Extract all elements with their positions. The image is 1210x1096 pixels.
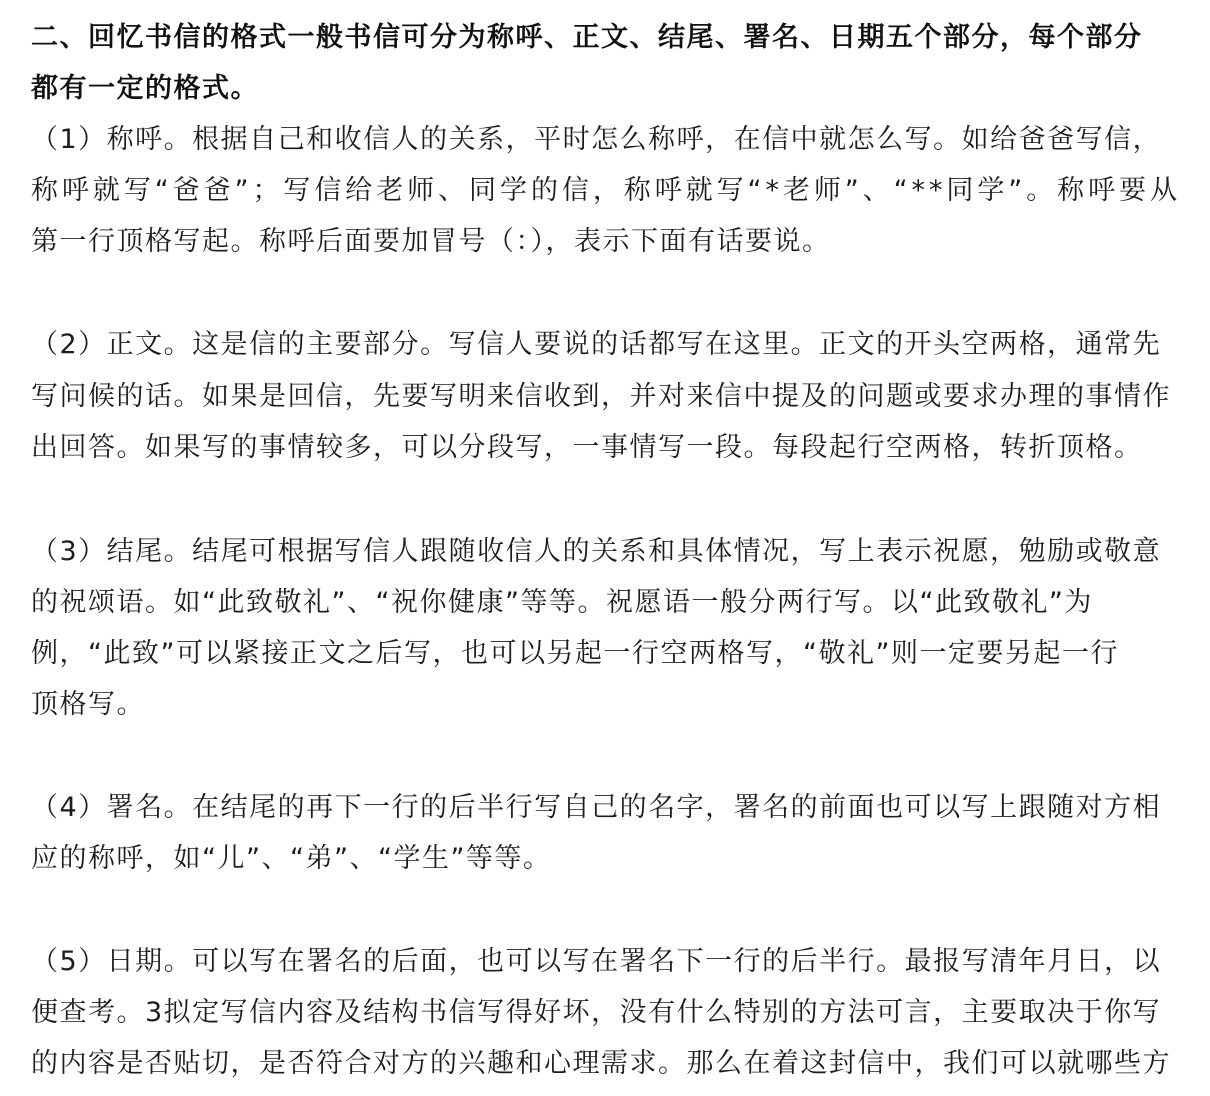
closing-line-4: 顶格写。 [31, 688, 145, 722]
closing-line-2: 的祝颂语。如“此致敬礼”、“祝你健康”等等。祝愿语一般分两行写。以“此致敬礼”为 [31, 586, 1093, 620]
salutation-line-1: （1）称呼。根据自己和收信人的关系，平时怎么称呼，在信中就怎么写。如给爸爸写信， [31, 123, 1161, 157]
salutation-line-3: 第一行顶格写起。称呼后面要加冒号（：），表示下面有话要说。 [31, 225, 831, 259]
closing-line-1: （3）结尾。结尾可根据写信人跟随收信人的关系和具体情况，写上表示祝愿，勉励或敬意 [31, 535, 1161, 569]
date-line-1: （5）日期。可以写在署名的后面，也可以写在署名下一行的后半行。最报写清年月日，以 [31, 945, 1161, 979]
body-line-1: （2）正文。这是信的主要部分。写信人要说的话都写在这里。正文的开头空两格，通常先 [31, 328, 1161, 362]
document-page: 二、回忆书信的格式一般书信可分为称呼、正文、结尾、署名、日期五个部分，每个部分 … [0, 0, 1210, 1096]
signature-line-2: 应的称呼，如“儿”、“弟”、“学生”等等。 [31, 842, 551, 876]
closing-line-3: 例，“此致”可以紧接正文之后写，也可以另起一行空两格写，“敬礼”则一定要另起一行 [31, 637, 1119, 671]
date-line-3: 的内容是否贴切，是否符合对方的兴趣和心理需求。那么在着这封信中，我们可以就哪些方 [31, 1047, 1171, 1081]
date-line-2: 便查考。3拟定写信内容及结构书信写得好坏，没有什么特别的方法可言，主要取决于你写 [31, 996, 1161, 1030]
body-line-2: 写问候的话。如果是回信，先要写明来信收到，并对来信中提及的问题或要求办理的事情作 [31, 380, 1171, 414]
heading-line-1: 二、回忆书信的格式一般书信可分为称呼、正文、结尾、署名、日期五个部分，每个部分 [31, 21, 1143, 55]
body-line-3: 出回答。如果写的事情较多，可以分段写，一事情写一段。每段起行空两格，转折顶格。 [31, 431, 1143, 465]
heading-line-2: 都有一定的格式。 [31, 72, 259, 106]
signature-line-1: （4）署名。在结尾的再下一行的后半行写自己的名字，署名的前面也可以写上跟随对方相 [31, 791, 1161, 825]
salutation-line-2: 称呼就写“爸爸”；写信给老师、同学的信，称呼就写“*老师”、“**同学”。称呼要… [31, 174, 1181, 208]
